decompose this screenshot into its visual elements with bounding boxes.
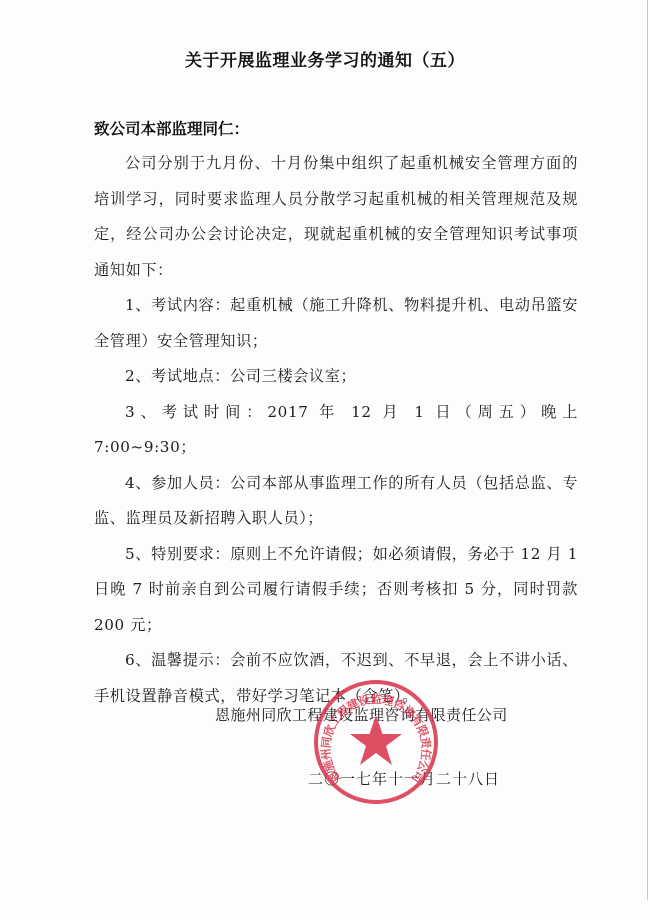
item-participants: 4、参加人员：公司本部从事监理工作的所有人员（包括总监、专监、监理员及新招聘入职…	[94, 466, 578, 537]
document-title: 关于开展监理业务学习的通知（五）	[0, 46, 650, 71]
page-edge-divider	[647, 0, 648, 900]
company-signature: 恩施州同欣工程建设监理咨询有限责任公司	[215, 704, 508, 725]
notice-body: 公司分别于九月份、十月份集中组织了起重机械安全管理方面的培训学习，同时要求监理人…	[94, 146, 578, 714]
item-exam-content: 1、考试内容：起重机械（施工升降机、物料提升机、电动吊篮安全管理）安全管理知识；	[94, 288, 578, 359]
item-special-requirements: 5、特别要求：原则上不允许请假；如必须请假，务必于 12 月 1 日晚 7 时前…	[94, 537, 578, 644]
item-exam-time: 3、考试时间：2017 年 12 月 1 日（周五）晚上 7:00~9:30；	[94, 395, 578, 466]
item-exam-location: 2、考试地点：公司三楼会议室；	[94, 359, 578, 395]
intro-paragraph: 公司分别于九月份、十月份集中组织了起重机械安全管理方面的培训学习，同时要求监理人…	[94, 146, 578, 288]
issue-date: 二〇一七年十一月二十八日	[308, 768, 500, 789]
salutation: 致公司本部监理同仁：	[94, 117, 249, 139]
